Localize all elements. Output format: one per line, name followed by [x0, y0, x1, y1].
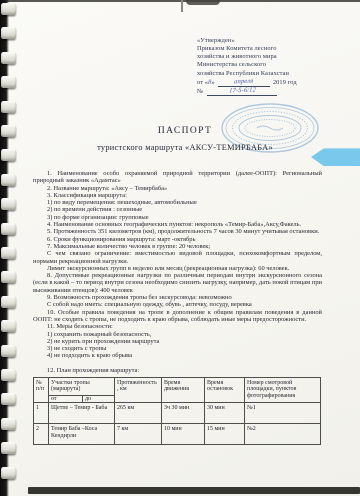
number-prefix: №	[197, 88, 203, 96]
paragraph: 3) по форме организации: групповые	[33, 214, 322, 221]
document-subtitle: туристского маршрута «АКСУ-ТЕМИРБАБА»	[20, 143, 350, 152]
paragraph: 7. Максимальные количество человек в гру…	[33, 243, 322, 250]
scan-bottom-edge	[28, 487, 360, 494]
binding-ring	[1, 247, 16, 259]
date-month-handwritten: апреля	[234, 77, 254, 86]
paragraph: 3. Классификация маршрута:	[33, 192, 322, 199]
approval-block: «Утвержден» Приказом Комитета лесногохоз…	[197, 37, 357, 96]
table-row: 1Щетпе – Темир - Баба265 км3ч 30 мин30 м…	[34, 403, 321, 424]
table-cell: 15 мин	[205, 424, 245, 445]
approval-line: Приказом Комитета лесного	[197, 45, 357, 53]
binding-ring	[1, 393, 16, 405]
binding-ring	[1, 467, 16, 479]
table-cell: 10 мин	[162, 424, 205, 445]
table-cell: 7 км	[115, 424, 162, 445]
col-move-time-header: Время движения	[162, 378, 205, 403]
binding-ring	[1, 320, 16, 332]
paragraph: 5. Протяженность 351 километров (км), пр…	[33, 228, 322, 235]
table-cell: 1	[34, 403, 49, 424]
date-suffix: 2019 год	[273, 79, 297, 87]
paragraph: 10. Особые правила поведения на тропе в …	[33, 309, 322, 324]
paragraph: Лимит экскурсионных групп в неделю или м…	[33, 265, 322, 272]
binding-ring	[1, 345, 16, 357]
col-viewpoint-header: Номер смотровой площадки, пунктов фотогр…	[245, 378, 321, 403]
binding-ring	[1, 198, 16, 210]
number-blank: 17-5-6/12	[207, 87, 277, 96]
binding-ring	[1, 418, 16, 430]
table-cell: 3ч 30 мин	[162, 403, 205, 424]
table-cell: Щетпе – Темир - Баба	[49, 403, 115, 424]
paragraph: С собой надо иметь: специальную одежду, …	[33, 301, 322, 308]
paragraph: 4) не подходить к краю обрыва	[33, 352, 322, 359]
approval-line: хозяйства и животного мира	[197, 53, 357, 61]
table-cell: 265 км	[115, 403, 162, 424]
number-handwritten: 17-5-6/12	[228, 86, 255, 95]
binding-ring	[1, 52, 16, 64]
scan-top-mark	[186, 0, 220, 5]
date-day-handwritten: 8	[208, 79, 212, 87]
document-body: 1. Наименование особо охраняемой природн…	[33, 170, 322, 445]
paragraph: 1) сохранить пожарный безопасность,	[33, 331, 322, 338]
binding-strip	[0, 0, 9, 496]
col-length-header: Протяженность , км	[115, 378, 162, 403]
paragraph: 3) не сходить с тропы	[33, 345, 322, 352]
document-title: ПАСПОРТ	[20, 126, 350, 136]
binding-ring	[1, 76, 16, 88]
sub-to-header: до	[83, 395, 115, 403]
table-cell: №2	[245, 424, 321, 445]
date-close: »	[212, 79, 215, 87]
paragraph: 2) не курить при прохождении маршрута	[33, 338, 322, 345]
approval-line: Министерства сельского	[197, 61, 357, 69]
paragraph: 8. Допустимые рекреационные нагрузки по …	[33, 272, 322, 294]
paragraph: 11. Меры безопасности:	[33, 323, 322, 330]
paragraph: С чем связано ограничение: вместимостью …	[33, 250, 322, 265]
approval-date-line: от «8» апреля 2019 год	[197, 78, 357, 87]
binding-ring	[1, 101, 16, 113]
sub-from-header: от	[49, 395, 83, 403]
table-row: 2Темир Баба –Коса Кендирли7 км10 мин15 м…	[34, 424, 321, 445]
paragraph: 2) по времени действия : сезонные	[33, 206, 322, 213]
binding-ring	[1, 296, 16, 308]
binding-ring	[1, 174, 16, 186]
table-header-row: № п/п Участки тропы (маршрута) Протяженн…	[34, 378, 321, 396]
binding-ring	[1, 223, 16, 235]
plan-heading: 12. План прохождения маршрута:	[33, 367, 322, 374]
paper-fold-line	[181, 0, 183, 12]
table-cell: 30 мин	[205, 403, 245, 424]
approval-line: хозяйства Республики Казахстан	[197, 70, 357, 78]
date-prefix: от «	[197, 79, 208, 87]
paragraph: 4. Наименование основных географических …	[33, 221, 322, 228]
binding-ring	[1, 149, 16, 161]
table-cell: №1	[245, 403, 321, 424]
col-num-header: № п/п	[34, 378, 49, 403]
col-section-header: Участки тропы (маршрута)	[49, 378, 115, 396]
paragraph: 6. Сроки функционирования маршрута: март…	[33, 236, 322, 243]
paragraph: 2. Название маршрута: «Аксу – Темирбаба»	[33, 185, 322, 192]
paragraph: 1) по виду перемещения: пешеходные, авто…	[33, 199, 322, 206]
approved-label: «Утвержден»	[197, 37, 357, 45]
binding-ring	[1, 369, 16, 381]
paragraph-list: 1. Наименование особо охраняемой природн…	[33, 170, 322, 360]
binding-ring	[1, 27, 16, 39]
binding-ring	[1, 442, 16, 454]
binding-ring	[1, 125, 16, 137]
scanned-document-page: «Утвержден» Приказом Комитета лесногохоз…	[0, 0, 360, 496]
route-plan-table: № п/п Участки тропы (маршрута) Протяженн…	[33, 377, 321, 445]
approval-lines: Приказом Комитета лесногохозяйства и жив…	[197, 45, 357, 78]
binding-ring	[1, 271, 16, 283]
binding-ring	[1, 3, 16, 15]
scan-top-edge	[0, 0, 360, 2]
paragraph: 1. Наименование особо охраняемой природн…	[33, 170, 322, 185]
paragraph: 9. Возможность прохождения тропы без экс…	[33, 294, 322, 301]
col-stop-time-header: Время остановок	[205, 378, 245, 403]
table-cell: 2	[34, 424, 49, 445]
table-cell: Темир Баба –Коса Кендирли	[49, 424, 115, 445]
approval-number-line: № 17-5-6/12	[197, 87, 357, 96]
date-blank: апреля	[218, 78, 270, 87]
